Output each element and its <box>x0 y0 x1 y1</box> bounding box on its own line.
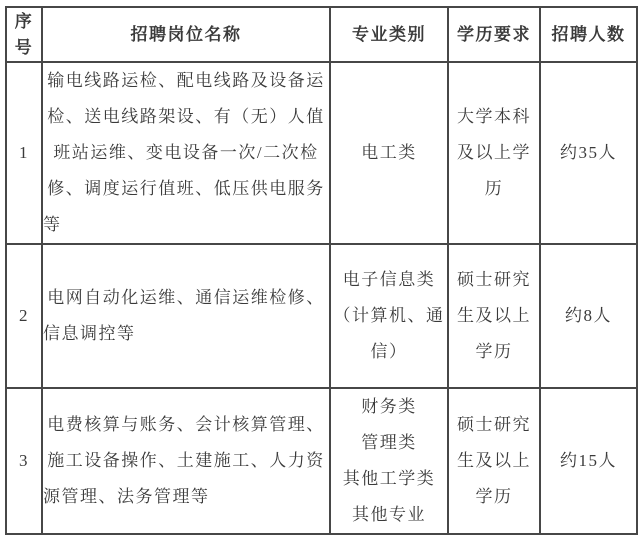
cell-position-name: 电网自动化运维、通信运维检修、信息调控等 <box>42 244 330 388</box>
header-position-name: 招聘岗位名称 <box>42 7 330 62</box>
cell-serial-number: 1 <box>6 62 42 244</box>
header-row: 序号 招聘岗位名称 专业类别 学历要求 招聘人数 <box>6 7 637 62</box>
cell-major-category: 财务类 管理类 其他工学类 其他专业 <box>330 388 448 534</box>
cell-education-requirement: 硕士研究生及以上学历 <box>448 244 540 388</box>
cell-headcount: 约8人 <box>540 244 637 388</box>
cell-headcount: 约15人 <box>540 388 637 534</box>
recruitment-notice-page: 序号 招聘岗位名称 专业类别 学历要求 招聘人数 1 输电线路运检、配电线路及设… <box>0 0 639 540</box>
cell-serial-number: 2 <box>6 244 42 388</box>
cell-education-requirement: 大学本科及以上学历 <box>448 62 540 244</box>
cell-major-category: 电工类 <box>330 62 448 244</box>
table-header: 序号 招聘岗位名称 专业类别 学历要求 招聘人数 <box>6 7 637 62</box>
header-major-category: 专业类别 <box>330 7 448 62</box>
header-serial-number: 序号 <box>6 7 42 62</box>
table-row: 1 输电线路运检、配电线路及设备运检、送电线路架设、有（无）人值班站运维、变电设… <box>6 62 637 244</box>
recruitment-table-wrapper: 序号 招聘岗位名称 专业类别 学历要求 招聘人数 1 输电线路运检、配电线路及设… <box>5 6 638 535</box>
table-row: 2 电网自动化运维、通信运维检修、信息调控等 电子信息类（计算机、通信） 硕士研… <box>6 244 637 388</box>
recruitment-table: 序号 招聘岗位名称 专业类别 学历要求 招聘人数 1 输电线路运检、配电线路及设… <box>5 6 638 535</box>
cell-major-category: 电子信息类（计算机、通信） <box>330 244 448 388</box>
cell-education-requirement: 硕士研究生及以上学历 <box>448 388 540 534</box>
table-row: 3 电费核算与账务、会计核算管理、施工设备操作、土建施工、人力资源管理、法务管理… <box>6 388 637 534</box>
table-body: 1 输电线路运检、配电线路及设备运检、送电线路架设、有（无）人值班站运维、变电设… <box>6 62 637 534</box>
cell-serial-number: 3 <box>6 388 42 534</box>
cell-position-name: 输电线路运检、配电线路及设备运检、送电线路架设、有（无）人值班站运维、变电设备一… <box>42 62 330 244</box>
header-education-requirement: 学历要求 <box>448 7 540 62</box>
header-headcount: 招聘人数 <box>540 7 637 62</box>
cell-headcount: 约35人 <box>540 62 637 244</box>
cell-position-name: 电费核算与账务、会计核算管理、施工设备操作、土建施工、人力资源管理、法务管理等 <box>42 388 330 534</box>
